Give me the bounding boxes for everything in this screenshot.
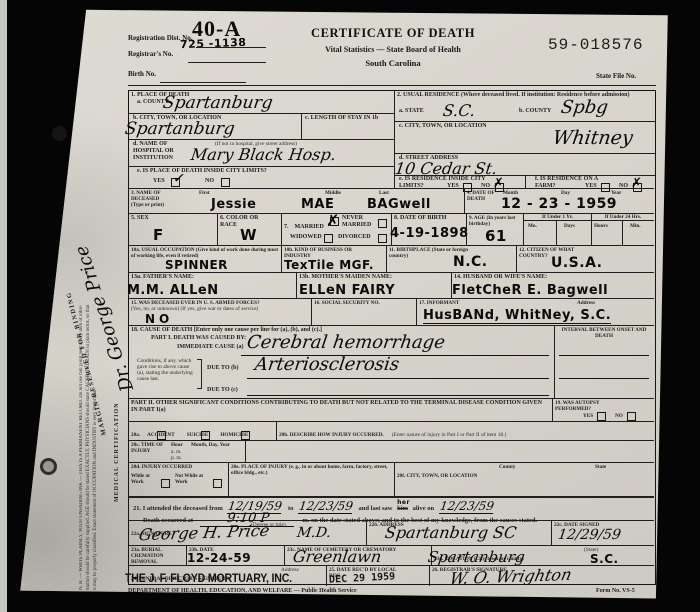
married-mark: ✗ xyxy=(326,211,339,230)
residence-state-label: a. STATE xyxy=(399,108,424,115)
accident-checkbox xyxy=(157,431,166,440)
last-name-value: BAGwell xyxy=(367,197,431,212)
never-married-checkbox xyxy=(378,219,387,228)
burial-date-value: 12-24-59 xyxy=(187,551,251,565)
field-under-1yr: If Under 1 Yr. Mo. Days xyxy=(523,214,591,245)
attended-her-written: her xyxy=(397,499,410,506)
mother-label: 13b. MOTHER'S MAIDEN NAME: xyxy=(299,274,449,281)
hospital-value: Mary Black Hosp. xyxy=(190,145,338,164)
field-place-of-injury: 20e. PLACE OF INJURY (e. g., in or about… xyxy=(228,463,394,496)
name-label: 3. NAME OF DECEASED xyxy=(131,190,189,202)
under-24hr-min: Min. xyxy=(630,223,641,229)
father-value: M.M. ALLeN xyxy=(127,283,219,298)
field-physician-address: 22b. ADDRESS Spartanburg SC xyxy=(366,521,551,545)
never-married-label: NEVER MARRIED xyxy=(342,215,376,229)
interval-label: INTERVAL BETWEEN ONSET AND DEATH xyxy=(557,327,651,339)
informant-value: HusBANd, WhitNey, S.C. xyxy=(423,308,611,324)
under-24hr-hours: Hours xyxy=(594,223,608,229)
field-father-name: 13a. FATHER'S NAME: M.M. ALLeN xyxy=(129,273,296,298)
field-usual-occupation: 10a. USUAL OCCUPATION (Give kind of work… xyxy=(129,246,281,272)
autopsy-yes: YES xyxy=(583,413,593,419)
sex-label: 5. SEX xyxy=(131,215,215,222)
hospital-label: d. NAME OF HOSPITAL OR INSTITUTION xyxy=(133,141,193,162)
registrar-number-value: 725 -1138 xyxy=(180,36,247,51)
under-24hr-header: If Under 24 Hrs. xyxy=(592,214,654,221)
divorced-checkbox xyxy=(378,234,387,243)
form-number: Form No. VS-5 xyxy=(596,588,635,595)
field-cemetery: 23c. NAME OF CEMETERY OR CREMATORY Green… xyxy=(284,546,431,565)
scan-edge-strip xyxy=(0,0,7,612)
field-cause-of-death: 18. CAUSE OF DEATH [Enter only one cause… xyxy=(129,326,554,398)
death-inside-city-label: e. IS PLACE OF DEATH INSIDE CITY LIMITS? xyxy=(137,168,267,175)
date-signed-value: 12/29/59 xyxy=(557,527,622,543)
death-city-yes-mark: ✓ xyxy=(172,168,187,188)
death-city-yes-label: YES xyxy=(153,178,165,185)
first-name-value: Jessie xyxy=(211,197,256,212)
pm-label: p. m. xyxy=(171,455,182,461)
field-part2: PART II. OTHER SIGNIFICANT CONDITIONS CO… xyxy=(129,399,552,421)
form-grid: 1. PLACE OF DEATH a. COUNTY Spartanburg … xyxy=(128,90,656,585)
row-parents-spouse: 13a. FATHER'S NAME: M.M. ALLeN 13b. MOTH… xyxy=(129,273,654,299)
row-place-and-residence: 1. PLACE OF DEATH a. COUNTY Spartanburg … xyxy=(129,91,654,189)
field-interval: INTERVAL BETWEEN ONSET AND DEATH xyxy=(554,326,654,398)
rule xyxy=(196,47,266,48)
certificate-subtitle: Vital Statistics — State Board of Health xyxy=(268,45,518,54)
first-header: First xyxy=(199,190,210,196)
department-footer: DEPARTMENT OF HEALTH, EDUCATION, AND WEL… xyxy=(128,588,357,595)
field-date-received: 25. DATE REC'D BY LOCAL REG. DEC 29 1959 xyxy=(326,566,429,586)
not-while-at-work-checkbox xyxy=(213,479,222,488)
field-armed-forces: 15. WAS DECEASED EVER IN U. S. ARMED FOR… xyxy=(129,299,311,325)
widowed-checkbox xyxy=(324,234,333,243)
ssn-label: 16. SOCIAL SECURITY NO. xyxy=(314,300,414,306)
residence-city-label: c. CITY, TOWN, OR LOCATION xyxy=(399,123,487,130)
field-burial-location: 23d. LOCATION (City, town, or county) (S… xyxy=(431,546,654,565)
spouse-value: FletCheR E. Bagwell xyxy=(452,283,608,298)
row-burial: 23a. BURIAL CREMATION REMOVAL 23b. DATE … xyxy=(129,546,654,566)
field-under-24hr: If Under 24 Hrs. Hours Min. xyxy=(591,214,654,245)
field-citizen: 12. CITIZEN OF WHAT COUNTRY? U.S.A. xyxy=(516,246,654,272)
while-at-work-label: While at Work xyxy=(131,473,161,485)
middle-header: Middle xyxy=(325,190,341,196)
margin-medical-certification-label: MEDICAL CERTIFICATION xyxy=(114,330,120,502)
field-injury-city: 20f. CITY, TOWN, OR LOCATION County Stat… xyxy=(394,463,654,496)
row-cause-of-death: 18. CAUSE OF DEATH [Enter only one cause… xyxy=(129,326,654,399)
hour-label: Hour xyxy=(171,442,183,448)
death-city-no-label: NO xyxy=(205,178,214,185)
homicide-checkbox xyxy=(241,431,250,440)
row-demographics: 5. SEX F 6. COLOR OR RACE W 7. MARRIED ✗… xyxy=(129,214,654,246)
under-1yr-mo: Mo. xyxy=(528,223,537,229)
row-injury-place: 20d. INJURY OCCURRED While at Work Not W… xyxy=(129,463,654,498)
row-occupation: 10a. USUAL OCCUPATION (Give kind of work… xyxy=(129,246,654,273)
under-1yr-header: If Under 1 Yr. xyxy=(524,214,591,221)
field-birthplace: 11. BIRTHPLACE (State or foreign country… xyxy=(386,246,516,272)
row-time-of-injury: 20c. TIME OF INJURY Hour a. m. p. m. Mon… xyxy=(129,441,654,463)
sex-value: F xyxy=(153,226,164,244)
residence-inside-city-label: e. IS RESIDENCE INSIDE CITY LIMITS? xyxy=(399,176,489,190)
under-1yr-days: Days xyxy=(564,223,575,229)
business-value: TexTile MGF. xyxy=(284,258,374,272)
field-name-of-deceased: 3. NAME OF DECEASED (Type or print) Firs… xyxy=(129,189,464,213)
margin-instructions-line2: mation should be carefully supplied. AGE… xyxy=(85,45,92,590)
burial-state-value: S.C. xyxy=(590,552,619,566)
field-kind-of-business: 10b. KIND OF BUSINESS OR INDUSTRY TexTil… xyxy=(281,246,386,272)
row-attended-statement: 21. I attended the deceased from 12/19/5… xyxy=(129,498,654,521)
part1-label: PART I. DEATH WAS CAUSED BY: xyxy=(151,335,246,342)
scanned-death-certificate: Dr. George Price MARGIN RESERVED FOR BIN… xyxy=(0,0,700,612)
occupation-value: SPINNER xyxy=(165,258,228,272)
certificate-form: Registration Dist. No. 40-A 725 -1138 Re… xyxy=(128,22,658,600)
physician-degree-value: M.D. xyxy=(296,525,332,541)
describe-injury-note: (Enter nature of injury in Part I or Par… xyxy=(392,432,507,438)
field-physician-signature: 22a. SIGNATURE (Degree or title) George … xyxy=(129,521,366,545)
field-date-of-death: 4. DATE OF DEATH Month Day Year 12 - 23 … xyxy=(464,189,654,213)
spouse-label: 14. HUSBAND OR WIFE'S NAME: xyxy=(454,274,652,281)
mortuary-stamp: THE J. F. FLOYD MORTUARY, INC. xyxy=(125,573,292,585)
due-to-c-label: DUE TO (c) xyxy=(207,387,238,394)
margin-instructions-line3: it may be properly classified. Exact sta… xyxy=(92,45,99,590)
married-label: MARRIED xyxy=(295,224,324,230)
certificate-title: CERTIFICATE OF DEATH xyxy=(268,26,518,41)
row-part2-autopsy: PART II. OTHER SIGNIFICANT CONDITIONS CO… xyxy=(129,399,654,422)
describe-injury-label: 20b. DESCRIBE HOW INJURY OCCURRED. xyxy=(279,432,384,438)
usual-residence-title: 2. USUAL RESIDENCE (Where deceased lived… xyxy=(397,92,647,99)
field-funeral-director: 24. FUNERAL DIRECTOR'S SIGNATURE Address… xyxy=(129,566,326,586)
physician-address-value: Spartanburg SC xyxy=(384,523,518,542)
injury-city-label: 20f. CITY, TOWN, OR LOCATION xyxy=(397,473,477,479)
autopsy-label: 19. WAS AUTOPSY PERFORMED? xyxy=(555,400,625,412)
rule xyxy=(188,62,266,63)
date-of-death-label: 4. DATE OF DEATH xyxy=(467,190,499,202)
mother-value: ELLeN FAIRY xyxy=(299,283,395,298)
accident-num: 20a. xyxy=(131,432,140,438)
not-while-at-work-label: Not While at Work xyxy=(175,473,209,485)
birth-number-label: Birth No. xyxy=(128,70,156,78)
row-director-registrar: 24. FUNERAL DIRECTOR'S SIGNATURE Address… xyxy=(129,566,654,586)
field-mother-name: 13b. MOTHER'S MAIDEN NAME: ELLeN FAIRY xyxy=(296,273,451,298)
field-describe-injury: 20b. DESCRIBE HOW INJURY OCCURRED. (Ente… xyxy=(276,422,654,440)
part2-label: PART II. OTHER SIGNIFICANT CONDITIONS CO… xyxy=(131,400,546,414)
state-file-number-stamp: 59-018576 xyxy=(548,36,643,54)
length-of-stay-label: c. LENGTH OF STAY IN 1b xyxy=(305,115,385,122)
field-registrar-signature: 26. REGISTRAR'S SIGNATURE W. O. Wrighton xyxy=(429,566,654,586)
middle-name-value: MAE xyxy=(301,197,334,212)
field-spouse-name: 14. HUSBAND OR WIFE'S NAME: FletCheR E. … xyxy=(451,273,654,298)
field-injury-occurred: 20d. INJURY OCCURRED While at Work Not W… xyxy=(129,463,228,496)
due-to-b-value: Arteriosclerosis xyxy=(254,354,401,375)
county-value: Spartanburg xyxy=(162,93,274,113)
autopsy-no: NO xyxy=(615,413,623,419)
registrar-number-label: Registrar's No. xyxy=(128,50,173,58)
field-date-signed: 22c. DATE SIGNED 12/29/59 xyxy=(551,521,654,545)
age-value: 61 xyxy=(485,227,507,245)
row-name-and-date: 3. NAME OF DECEASED (Type or print) Firs… xyxy=(129,189,654,214)
father-label: 13a. FATHER'S NAME: xyxy=(131,274,294,281)
state-file-number-label: State File No. xyxy=(596,72,636,80)
armed-forces-value: NO xyxy=(145,312,173,326)
date-of-death-value: 12 - 23 - 1959 xyxy=(501,196,617,212)
dob-label: 8. DATE OF BIRTH xyxy=(394,215,464,222)
row-accident-describe: 20a. ACCIDENT SUICIDE HOMICIDE 20b. DESC… xyxy=(129,422,654,441)
field-usual-residence: 2. USUAL RESIDENCE (Where deceased lived… xyxy=(394,91,654,188)
injury-occurred-label: 20d. INJURY OCCURRED xyxy=(131,464,226,470)
marital-num: 7. xyxy=(284,224,289,230)
place-of-injury-label: 20e. PLACE OF INJURY (e. g., in or about… xyxy=(231,464,391,476)
registrar-signature-value: W. O. Wrighton xyxy=(448,565,574,588)
month-day-year-label: Month, Day, Year xyxy=(191,442,230,448)
last-header: Last xyxy=(379,190,389,196)
birthplace-value: N.C. xyxy=(453,254,488,270)
date-received-stamp: DEC 29 1959 xyxy=(329,571,396,585)
divorced-label: DIVORCED xyxy=(338,234,371,241)
autopsy-no-checkbox xyxy=(627,412,636,421)
field-autopsy: 19. WAS AUTOPSY PERFORMED? YES NO xyxy=(552,399,654,421)
injury-state-label: State xyxy=(595,464,606,470)
rule xyxy=(160,82,246,83)
residence-state-value: S.C. xyxy=(442,101,477,120)
field-burial-type: 23a. BURIAL CREMATION REMOVAL xyxy=(129,546,186,565)
row-physician-signature: 22a. SIGNATURE (Degree or title) George … xyxy=(129,521,654,546)
dob-value: 4-19-1898 xyxy=(390,226,469,241)
physician-signature-value: George H. Price xyxy=(137,521,271,545)
field-place-of-death: 1. PLACE OF DEATH a. COUNTY Spartanburg … xyxy=(129,91,394,188)
field-marital-status: 7. MARRIED ✗ NEVER MARRIED WIDOWED DIVOR… xyxy=(281,214,391,245)
residence-county-value: Spbg xyxy=(560,97,610,118)
field-color-or-race: 6. COLOR OR RACE W xyxy=(217,214,281,245)
cemetery-value: Greenlawn xyxy=(292,547,383,566)
citizen-value: U.S.A. xyxy=(551,255,603,271)
row-forces-ssn-informant: 15. WAS DECEASED EVER IN U. S. ARMED FOR… xyxy=(129,299,654,326)
informant-label: 17. INFORMANT xyxy=(419,300,459,306)
due-to-b-label: DUE TO (b) xyxy=(207,365,238,372)
conditions-note: Conditions, if any, which gave rise to a… xyxy=(137,358,195,382)
field-informant: 17. INFORMANT Address HusBANd, WhitNey, … xyxy=(416,299,654,325)
residence-county-label: b. COUNTY xyxy=(519,108,551,115)
informant-address-label: Address xyxy=(577,300,595,306)
age-label: 9. AGE (In years last birthday) xyxy=(469,215,521,227)
injury-county-label: County xyxy=(499,464,515,470)
burial-city-value: Spartanburg xyxy=(427,548,526,566)
color-value: W xyxy=(240,226,257,244)
punch-hole-bottom xyxy=(40,458,57,475)
death-city-no-checkbox xyxy=(221,178,230,187)
certificate-state: South Carolina xyxy=(268,58,518,68)
margin-instructions-line1: N. B. — WRITE PLAINLY, WITH UNFADING INK… xyxy=(78,45,85,590)
field-burial-date: 23b. DATE 12-24-59 xyxy=(186,546,284,565)
punch-hole-top xyxy=(52,126,67,141)
field-time-of-injury: 20c. TIME OF INJURY Hour a. m. p. m. Mon… xyxy=(129,441,246,462)
widowed-label: WIDOWED xyxy=(290,234,322,241)
immediate-cause-label: IMMEDIATE CAUSE (a) xyxy=(177,344,244,351)
time-of-injury-label: 20c. TIME OF INJURY xyxy=(131,442,169,454)
burial-label: 23a. BURIAL CREMATION REMOVAL xyxy=(131,547,183,565)
margin-instructions: N. B. — WRITE PLAINLY, WITH UNFADING INK… xyxy=(78,45,99,590)
suicide-checkbox xyxy=(201,431,210,440)
residence-city-value: Whitney xyxy=(551,127,634,149)
field-sex: 5. SEX F xyxy=(129,214,217,245)
field-accident-suicide-homicide: 20a. ACCIDENT SUICIDE HOMICIDE xyxy=(129,422,276,440)
while-at-work-checkbox xyxy=(161,479,170,488)
field-social-security: 16. SOCIAL SECURITY NO. xyxy=(311,299,416,325)
header-rule xyxy=(128,85,656,86)
field-date-of-birth: 8. DATE OF BIRTH 4-19-1898 xyxy=(391,214,466,245)
autopsy-yes-checkbox xyxy=(597,412,606,421)
field-age: 9. AGE (In years last birthday) 61 xyxy=(466,214,523,245)
immediate-cause-value: Cerebral hemorrhage xyxy=(246,332,447,353)
city-town-value: Spartanburg xyxy=(124,119,236,139)
